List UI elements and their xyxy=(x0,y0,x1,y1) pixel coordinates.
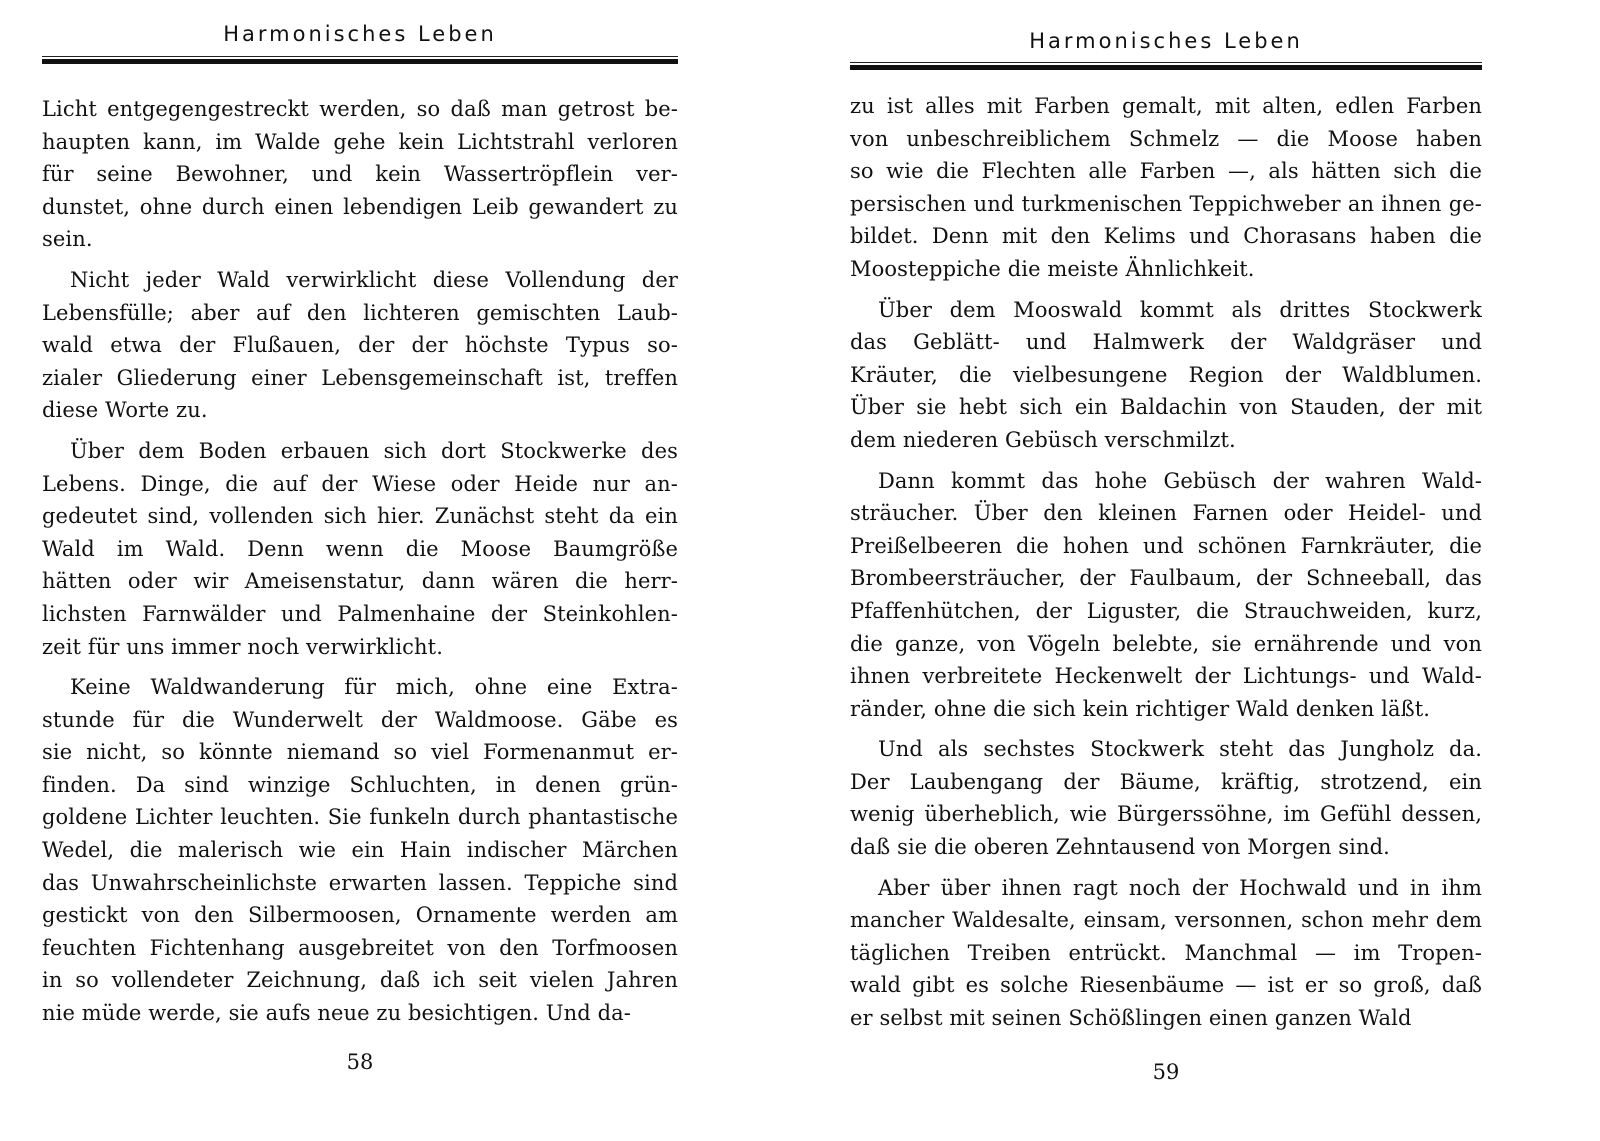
text-line: haupten kann, im Walde gehe kein Lichtst… xyxy=(42,126,678,159)
text-line: wald etwa der Flußauen, der der höchste … xyxy=(42,329,678,362)
text-line: zeit für uns immer noch verwirklicht. xyxy=(42,631,678,664)
text-line: Kräuter, die vielbesungene Region der Wa… xyxy=(850,359,1482,392)
text-line: in so vollendeter Zeichnung, daß ich sei… xyxy=(42,964,678,997)
text-line: Über dem Boden erbauen sich dort Stockwe… xyxy=(42,435,678,468)
right-page: Harmonisches Leben zu ist alles mit Farb… xyxy=(850,0,1482,1141)
paragraph-gap xyxy=(850,286,1482,294)
paragraph: Über dem Boden erbauen sich dort Stockwe… xyxy=(42,435,678,663)
body-text: Licht entgegengestreckt werden, so daß m… xyxy=(42,93,678,1030)
text-line: Der Laubengang der Bäume, kräftig, strot… xyxy=(850,766,1482,799)
text-line: das Geblätt- und Halmwerk der Waldgräser… xyxy=(850,326,1482,359)
text-line: die ganze, von Vögeln belebte, sie ernäh… xyxy=(850,628,1482,661)
text-line: dem niederen Gebüsch verschmilzt. xyxy=(850,424,1482,457)
text-line: daß sie die oberen Zehntausend von Morge… xyxy=(850,831,1482,864)
text-line: Pfaffenhütchen, der Liguster, die Strauc… xyxy=(850,595,1482,628)
text-line: diese Worte zu. xyxy=(42,394,678,427)
text-line: Moosteppiche die meiste Ähnlichkeit. xyxy=(850,253,1482,286)
text-line: wenig überheblich, wie Bürgerssöhne, im … xyxy=(850,798,1482,831)
text-line: das Unwahrscheinlichste erwarten lassen.… xyxy=(42,867,678,900)
text-line: von unbeschreiblichem Schmelz — die Moos… xyxy=(850,123,1482,156)
paragraph: zu ist alles mit Farben gemalt, mit alte… xyxy=(850,90,1482,286)
text-line: Brombeersträucher, der Faulbaum, der Sch… xyxy=(850,562,1482,595)
left-page: Harmonisches Leben Licht entgegengestrec… xyxy=(42,0,678,1141)
text-line: Keine Waldwanderung für mich, ohne eine … xyxy=(42,671,678,704)
text-line: sträucher. Über den kleinen Farnen oder … xyxy=(850,497,1482,530)
text-line: Lebensfülle; aber auf den lichteren gemi… xyxy=(42,297,678,330)
paragraph-gap xyxy=(42,256,678,264)
text-line: sie nicht, so könnte niemand so viel For… xyxy=(42,736,678,769)
text-line: ränder, ohne die sich kein richtiger Wal… xyxy=(850,693,1482,726)
text-line: so wie die Flechten alle Farben —, als h… xyxy=(850,155,1482,188)
text-line: hätten oder wir Ameisenstatur, dann wäre… xyxy=(42,565,678,598)
text-line: Lebens. Dinge, die auf der Wiese oder He… xyxy=(42,468,678,501)
page-number: 58 xyxy=(42,1050,678,1074)
text-line: Über dem Mooswald kommt als drittes Stoc… xyxy=(850,294,1482,327)
text-line: nie müde werde, sie aufs neue zu besicht… xyxy=(42,997,678,1030)
text-line: stunde für die Wunderwelt der Waldmoose.… xyxy=(42,704,678,737)
text-line: Wedel, die malerisch wie ein Hain indisc… xyxy=(42,834,678,867)
text-line: Preißelbeeren die hohen und schönen Farn… xyxy=(850,530,1482,563)
text-line: Über sie hebt sich ein Baldachin von Sta… xyxy=(850,391,1482,424)
text-line: Und als sechstes Stockwerk steht das Jun… xyxy=(850,733,1482,766)
paragraph: Über dem Mooswald kommt als drittes Stoc… xyxy=(850,294,1482,457)
paragraph-gap xyxy=(850,864,1482,872)
text-line: Wald im Wald. Denn wenn die Moose Baumgr… xyxy=(42,533,678,566)
paragraph: Keine Waldwanderung für mich, ohne eine … xyxy=(42,671,678,1030)
paragraph: Aber über ihnen ragt noch der Hochwald u… xyxy=(850,872,1482,1035)
running-head: Harmonisches Leben xyxy=(42,22,678,46)
text-line: bildet. Denn mit den Kelims und Chorasan… xyxy=(850,220,1482,253)
text-line: zu ist alles mit Farben gemalt, mit alte… xyxy=(850,90,1482,123)
paragraph: Licht entgegengestreckt werden, so daß m… xyxy=(42,93,678,256)
text-line: persischen und turkmenischen Teppichwebe… xyxy=(850,188,1482,221)
paragraph: Und als sechstes Stockwerk steht das Jun… xyxy=(850,733,1482,863)
text-line: mancher Waldesalte, einsam, versonnen, s… xyxy=(850,904,1482,937)
text-line: Aber über ihnen ragt noch der Hochwald u… xyxy=(850,872,1482,905)
text-line: für seine Bewohner, und kein Wassertröpf… xyxy=(42,158,678,191)
text-line: finden. Da sind winzige Schluchten, in d… xyxy=(42,769,678,802)
body-text: zu ist alles mit Farben gemalt, mit alte… xyxy=(850,90,1482,1035)
text-line: er selbst mit seinen Schößlingen einen g… xyxy=(850,1002,1482,1035)
text-line: ihnen verbreitete Heckenwelt der Lichtun… xyxy=(850,660,1482,693)
running-head: Harmonisches Leben xyxy=(850,29,1482,53)
text-line: goldene Lichter leuchten. Sie funkeln du… xyxy=(42,801,678,834)
paragraph-gap xyxy=(42,663,678,671)
text-line: Licht entgegengestreckt werden, so daß m… xyxy=(42,93,678,126)
paragraph-gap xyxy=(42,427,678,435)
header-rule xyxy=(850,62,1482,71)
paragraph: Dann kommt das hohe Gebüsch der wahren W… xyxy=(850,465,1482,726)
page-number: 59 xyxy=(850,1060,1482,1084)
text-line: Dann kommt das hohe Gebüsch der wahren W… xyxy=(850,465,1482,498)
text-line: täglichen Treiben entrückt. Manchmal — i… xyxy=(850,937,1482,970)
paragraph-gap xyxy=(850,725,1482,733)
header-rule xyxy=(42,56,678,65)
text-line: Nicht jeder Wald verwirklicht diese Voll… xyxy=(42,264,678,297)
text-line: feuchten Fichtenhang ausgebreitet von de… xyxy=(42,932,678,965)
text-line: wald gibt es solche Riesenbäume — ist er… xyxy=(850,969,1482,1002)
text-line: dunstet, ohne durch einen lebendigen Lei… xyxy=(42,191,678,224)
paragraph-gap xyxy=(850,457,1482,465)
text-line: lichsten Farnwälder und Palmenhaine der … xyxy=(42,598,678,631)
text-line: sein. xyxy=(42,223,678,256)
paragraph: Nicht jeder Wald verwirklicht diese Voll… xyxy=(42,264,678,427)
text-line: gestickt von den Silbermoosen, Ornamente… xyxy=(42,899,678,932)
text-line: zialer Gliederung einer Lebensgemeinscha… xyxy=(42,362,678,395)
text-line: gedeutet sind, vollenden sich hier. Zunä… xyxy=(42,500,678,533)
